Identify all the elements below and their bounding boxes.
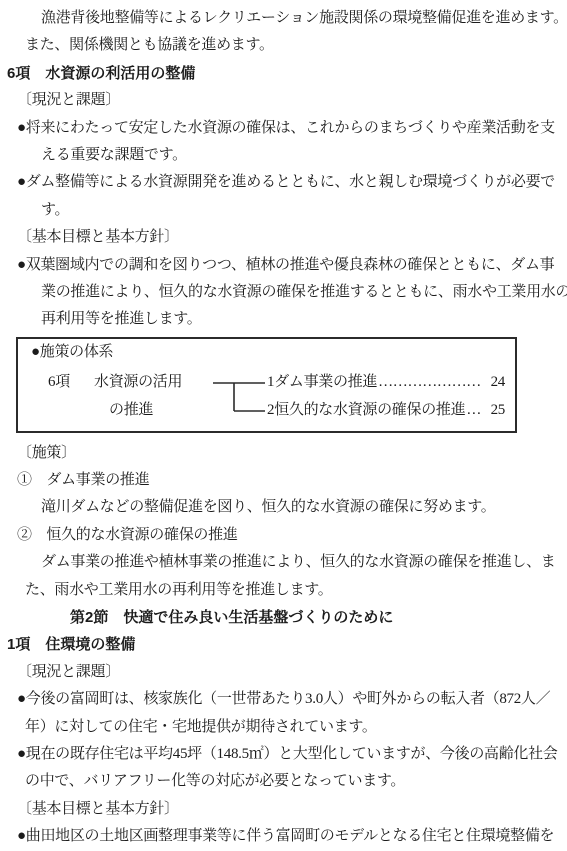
branch-label: 1ダム事業の推進 <box>267 369 377 396</box>
text-line: 業の推進により、恒久的な水資源の確保を推進するとともに、雨水や工業用水の <box>0 279 567 306</box>
policy-system-box: ●施策の体系 6項 水資源の活用 の推進 1ダム事業の推進 …………………………… <box>16 337 517 433</box>
text-line: 滝川ダムなどの整備促進を図り、恒久的な水資源の確保に努めます。 <box>0 494 567 521</box>
subheading-current-issues-2: 〔現況と課題〕 <box>0 659 567 686</box>
subheading-basic-goals: 〔基本目標と基本方針〕 <box>0 224 567 251</box>
heading-item1-housing: 1項 住環境の整備 <box>0 631 567 658</box>
text-line: ●ダム整備等による水資源開発を進めるとともに、水と親しむ環境づくりが必要で <box>0 169 567 196</box>
measure-2-title: ② 恒久的な水資源の確保の推進 <box>0 522 567 549</box>
text-line: ●双葉圏域内での調和を図りつつ、植林の推進や優良森林の確保とともに、ダム事 <box>0 252 567 279</box>
branch-label: 2恒久的な水資源の確保の推進 <box>267 397 465 424</box>
text-line: の中で、バリアフリー化等の対応が必要となっています。 <box>0 768 567 795</box>
policy-branch-1: 1ダム事業の推進 …………………………………………………………… 24 <box>267 369 505 396</box>
dot-leader: …………………………………………………………… <box>378 369 481 396</box>
text-line: 年）に対しての住宅・宅地提供が期待されています。 <box>0 714 567 741</box>
policy-node-name-cont: の推進 <box>109 397 153 424</box>
text-line: ●将来にわたって安定した水資源の確保は、これからのまちづくりや産業活動を支 <box>0 115 567 142</box>
measure-1-title: ① ダム事業の推進 <box>0 467 567 494</box>
document-page: 漁港背後地整備等によるレクリエーション施設関係の環境整備促進を進めます。 また、… <box>0 0 567 851</box>
text-line: 再利用等を推進します。 <box>0 306 567 333</box>
dot-leader: …………………………………………………………… <box>466 397 481 424</box>
text-line: ダム事業の推進や植林事業の推進により、恒久的な水資源の確保を推進し、ま <box>0 549 567 576</box>
text-line: ●曲田地区の土地区画整理事業等に伴う富岡町のモデルとなる住宅と住環境整備を <box>0 823 567 850</box>
policy-node-number: 6項 <box>48 369 70 396</box>
text-line: ●今後の富岡町は、核家族化（一世帯あたり3.0人）や町外からの転入者（872人／ <box>0 686 567 713</box>
page-number: 24 <box>491 369 505 396</box>
page-number: 25 <box>491 397 505 424</box>
text-line: す。 <box>0 197 567 224</box>
heading-section2: 第2節 快適で住み良い生活基盤づくりのために <box>0 604 567 631</box>
subheading-basic-goals-2: 〔基本目標と基本方針〕 <box>0 796 567 823</box>
text-line: 漁港背後地整備等によるレクリエーション施設関係の環境整備促進を進めます。 <box>0 5 567 32</box>
heading-item6-water-resources: 6項 水資源の利活用の整備 <box>0 60 567 87</box>
policy-node-name: 水資源の活用 <box>94 369 182 396</box>
text-line: える重要な課題です。 <box>0 142 567 169</box>
text-line: また、関係機関とも協議を進めます。 <box>0 32 567 59</box>
subheading-current-issues: 〔現況と課題〕 <box>0 87 567 114</box>
policy-branch-2: 2恒久的な水資源の確保の推進 …………………………………………………………… 2… <box>267 397 505 424</box>
subheading-measures: 〔施策〕 <box>0 440 567 467</box>
text-line: ●現在の既存住宅は平均45坪（148.5㎡）と大型化していますが、今後の高齢化社… <box>0 741 567 768</box>
text-line: た、雨水や工業用水の再利用等を推進します。 <box>0 577 567 604</box>
policy-box-title: ●施策の体系 <box>31 339 113 366</box>
